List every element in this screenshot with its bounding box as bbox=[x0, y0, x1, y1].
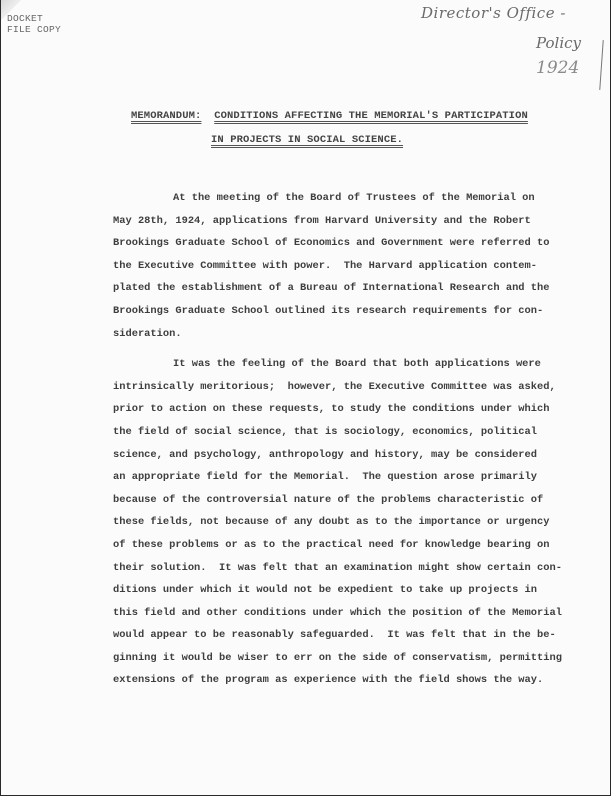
stamp-line-1: DOCKET bbox=[7, 13, 61, 24]
text-line: the Executive Committee with power. The … bbox=[113, 255, 583, 278]
docket-file-copy-stamp: DOCKET FILE COPY bbox=[7, 13, 61, 35]
text-line: prior to action on these requests, to st… bbox=[113, 398, 583, 421]
text-line: plated the establishment of a Bureau of … bbox=[113, 277, 583, 300]
text-line: Brookings Graduate School of Economics a… bbox=[113, 232, 583, 255]
paragraph-1: At the meeting of the Board of Trustees … bbox=[113, 187, 583, 345]
document-page: DOCKET FILE COPY Director's Office - Pol… bbox=[0, 0, 611, 796]
text-line: extensions of the program as experience … bbox=[113, 669, 583, 692]
text-line: an appropriate field for the Memorial. T… bbox=[113, 466, 583, 489]
text-line: these fields, not because of any doubt a… bbox=[113, 511, 583, 534]
handwritten-year-note: 1924 bbox=[536, 58, 579, 78]
text-line: their solution. It was felt that an exam… bbox=[113, 557, 583, 580]
handwritten-policy-note: Policy bbox=[536, 34, 581, 52]
text-line: of these problems or as to the practical… bbox=[113, 534, 583, 557]
text-line: ginning it would be wiser to err on the … bbox=[113, 647, 583, 670]
text-line: sideration. bbox=[113, 323, 583, 346]
text-line: It was the feeling of the Board that bot… bbox=[113, 353, 583, 376]
stamp-line-2: FILE COPY bbox=[7, 24, 61, 35]
handwritten-stroke bbox=[599, 40, 603, 90]
memo-title-line-1: MEMORANDUM: CONDITIONS AFFECTING THE MEM… bbox=[131, 104, 528, 128]
memo-body: At the meeting of the Board of Trustees … bbox=[113, 187, 583, 700]
text-line: would appear to be reasonably safeguarde… bbox=[113, 624, 583, 647]
text-line: ditions under which it would not be expe… bbox=[113, 579, 583, 602]
text-line: the field of social science, that is soc… bbox=[113, 421, 583, 444]
memo-title-line-2: IN PROJECTS IN SOCIAL SCIENCE. bbox=[131, 128, 528, 152]
text-line: At the meeting of the Board of Trustees … bbox=[113, 187, 583, 210]
text-line: because of the controversial nature of t… bbox=[113, 489, 583, 512]
handwritten-office-note: Director's Office - bbox=[421, 4, 566, 22]
text-line: Brookings Graduate School outlined its r… bbox=[113, 300, 583, 323]
text-line: intrinsically meritorious; however, the … bbox=[113, 376, 583, 399]
memo-subject-line-1: CONDITIONS AFFECTING THE MEMORIAL'S PART… bbox=[214, 110, 528, 122]
paragraph-2: It was the feeling of the Board that bot… bbox=[113, 353, 583, 692]
memo-title: MEMORANDUM: CONDITIONS AFFECTING THE MEM… bbox=[131, 104, 528, 152]
memo-label: MEMORANDUM: bbox=[131, 110, 201, 122]
memo-subject-line-2: IN PROJECTS IN SOCIAL SCIENCE. bbox=[211, 134, 403, 146]
text-line: May 28th, 1924, applications from Harvar… bbox=[113, 210, 583, 233]
text-line: science, and psychology, anthropology an… bbox=[113, 444, 583, 467]
text-line: this field and other conditions under wh… bbox=[113, 602, 583, 625]
